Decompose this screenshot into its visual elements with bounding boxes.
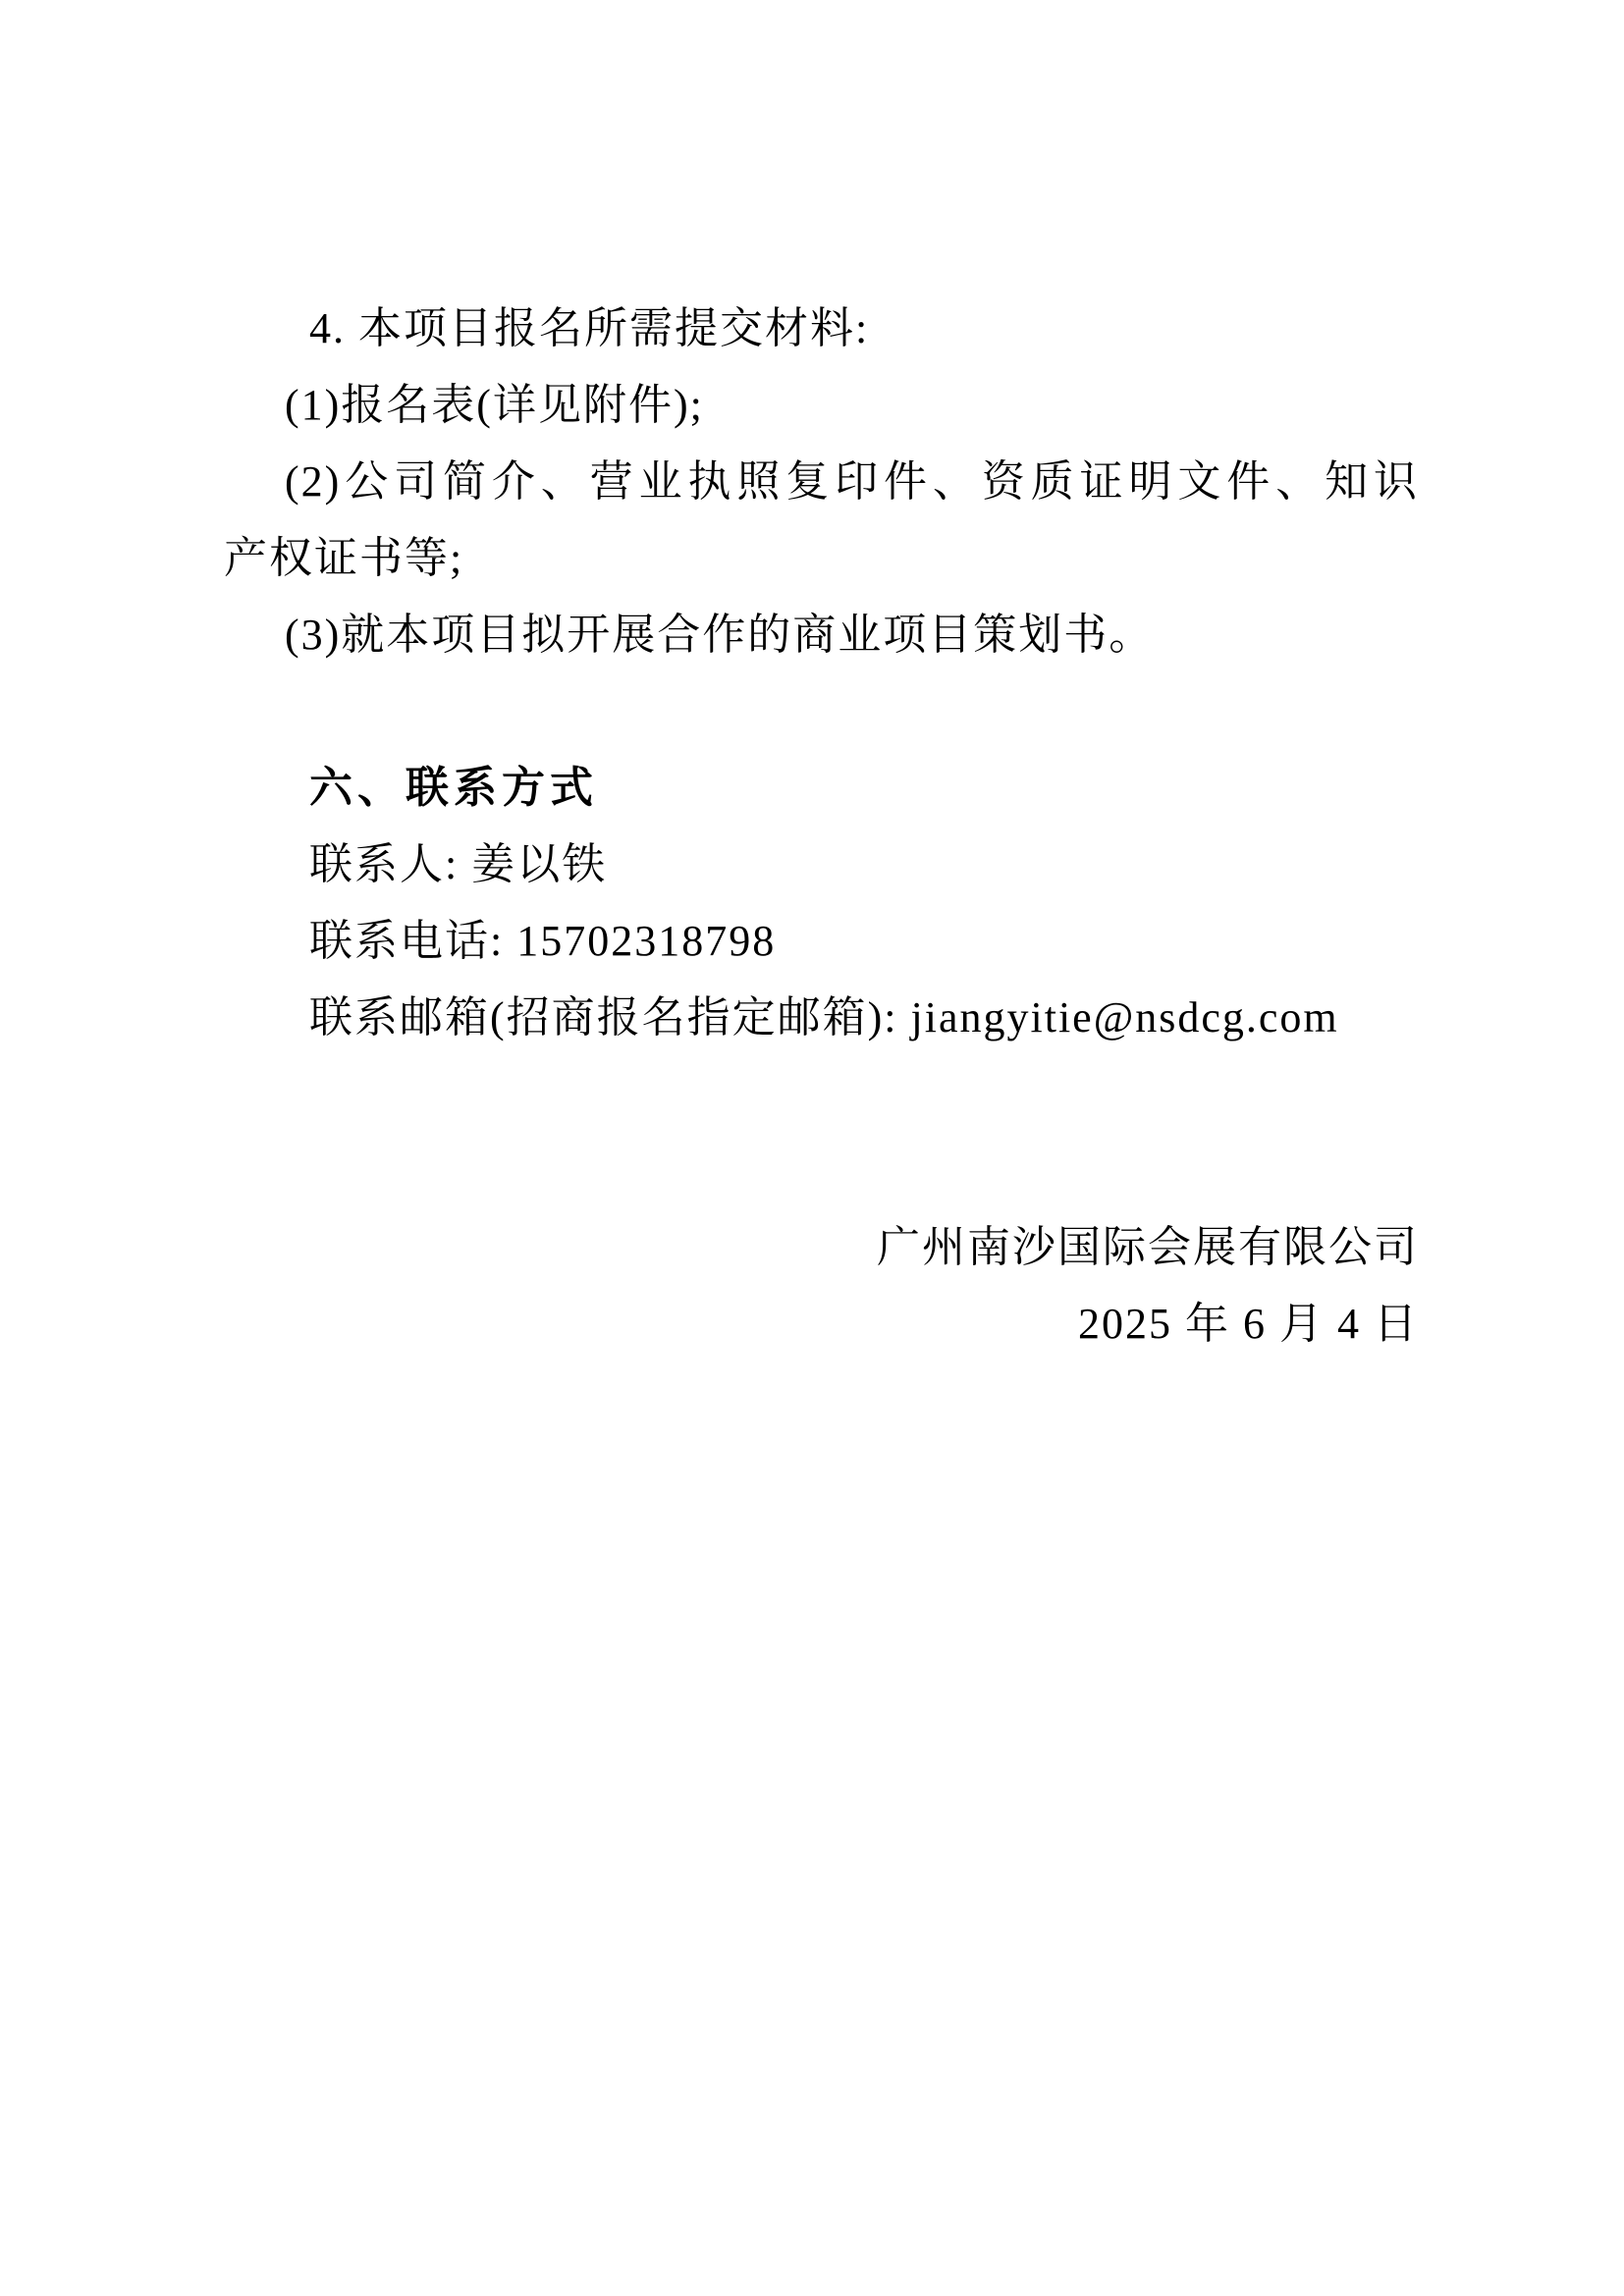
- contact-phone-line: 联系电话: 15702318798: [224, 903, 1419, 980]
- materials-item-2-line-2: 产权证书等;: [224, 520, 1419, 597]
- materials-item-2-line-1: (2)公司简介、营业执照复印件、资质证明文件、知识: [224, 444, 1419, 520]
- contact-person-line: 联系人: 姜以铁: [224, 827, 1419, 903]
- materials-item-3: (3)就本项目拟开展合作的商业项目策划书。: [224, 597, 1419, 673]
- contact-section-heading: 六、联系方式: [224, 750, 1419, 827]
- materials-intro-line: 4. 本项目报名所需提交材料:: [224, 291, 1419, 367]
- signature-date-line: 2025 年 6 月 4 日: [224, 1286, 1419, 1362]
- document-page: 4. 本项目报名所需提交材料: (1)报名表(详见附件); (2)公司简介、营业…: [0, 0, 1624, 2296]
- document-body: 4. 本项目报名所需提交材料: (1)报名表(详见附件); (2)公司简介、营业…: [224, 291, 1419, 1362]
- materials-item-1: (1)报名表(详见附件);: [224, 367, 1419, 444]
- signature-company-line: 广州南沙国际会展有限公司: [224, 1209, 1419, 1286]
- contact-email-line: 联系邮箱(招商报名指定邮箱): jiangyitie@nsdcg.com: [224, 980, 1419, 1056]
